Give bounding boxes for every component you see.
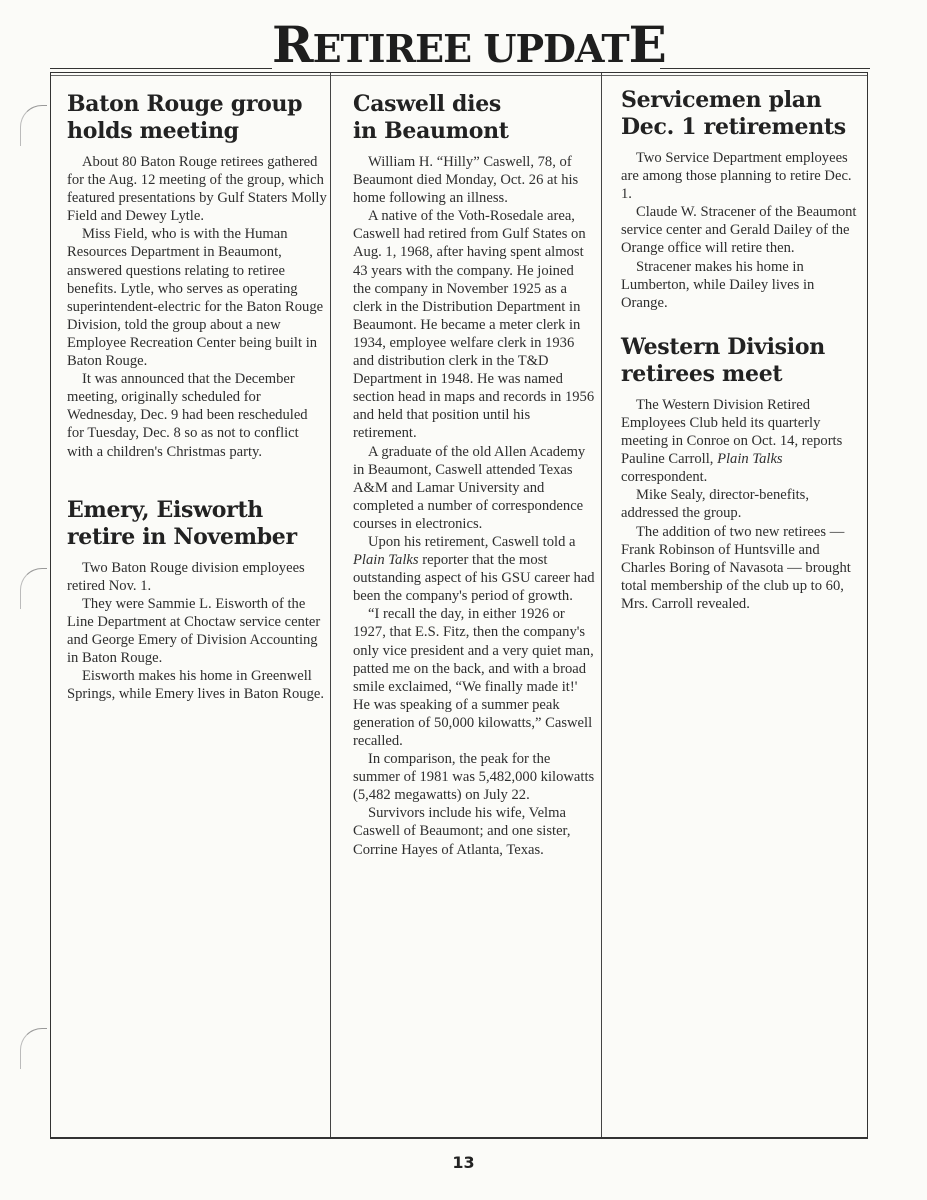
article-body: Two Baton Rouge division employees retir… <box>67 559 327 704</box>
paragraph: A native of the Voth-Rosedale area, Casw… <box>353 207 595 442</box>
paragraph: Eisworth makes his home in Greenwell Spr… <box>67 667 327 703</box>
paragraph: They were Sammie L. Eisworth of the Line… <box>67 595 327 667</box>
binder-hole-middle <box>20 568 47 609</box>
text: correspondent. <box>621 469 707 485</box>
binder-hole-bottom <box>20 1028 47 1069</box>
title-initial: R <box>272 15 313 74</box>
paragraph: Two Service Department employees are amo… <box>621 149 861 203</box>
masthead-rule-left <box>50 68 272 69</box>
headline: Baton Rouge group holds meeting <box>67 91 327 145</box>
page-title: RETIREE UPDATE <box>272 18 666 76</box>
title-final: E <box>629 15 666 74</box>
paragraph: About 80 Baton Rouge retirees gathered f… <box>67 153 327 225</box>
paragraph: Two Baton Rouge division employees retir… <box>67 559 327 595</box>
paragraph: William H. “Hilly” Caswell, 78, of Beaum… <box>353 153 595 207</box>
article-body: About 80 Baton Rouge retirees gathered f… <box>67 153 327 461</box>
article-frame: Baton Rouge group holds meeting About 80… <box>50 72 868 1139</box>
publication-name: Plain Talks <box>353 552 419 568</box>
paragraph: The addition of two new retirees — Frank… <box>621 523 861 613</box>
paragraph: Claude W. Stracener of the Beaumont serv… <box>621 203 861 257</box>
headline: Western Division retirees meet <box>621 334 861 388</box>
paragraph: Stracener makes his home in Lumberton, w… <box>621 258 861 312</box>
title-middle: ETIREE UPDAT <box>313 26 629 71</box>
paragraph: “I recall the day, in either 1926 or 192… <box>353 605 595 750</box>
article-western-division: Western Division retirees meet The Weste… <box>621 334 861 613</box>
article-servicemen-retirements: Servicemen plan Dec. 1 retirements Two S… <box>621 87 861 312</box>
article-body: The Western Division Retired Employees C… <box>621 396 861 613</box>
article-emery-eisworth: Emery, Eisworth retire in November Two B… <box>67 497 327 704</box>
paragraph: A graduate of the old Allen Academy in B… <box>353 443 595 533</box>
paragraph: Upon his retirement, Caswell told a Plai… <box>353 533 595 605</box>
masthead: RETIREE UPDATE <box>0 22 927 72</box>
column-2: Caswell dies in Beaumont William H. “Hil… <box>353 91 595 881</box>
headline: Servicemen plan Dec. 1 retirements <box>621 87 861 141</box>
paragraph: Survivors include his wife, Velma Caswel… <box>353 804 595 858</box>
masthead-rule-right <box>660 68 870 69</box>
article-caswell-obituary: Caswell dies in Beaumont William H. “Hil… <box>353 91 595 859</box>
text: Upon his retirement, Caswell told a <box>368 534 576 550</box>
headline: Emery, Eisworth retire in November <box>67 497 327 551</box>
headline: Caswell dies in Beaumont <box>353 91 523 145</box>
paragraph: The Western Division Retired Employees C… <box>621 396 861 486</box>
column-3: Servicemen plan Dec. 1 retirements Two S… <box>621 87 861 635</box>
column-1: Baton Rouge group holds meeting About 80… <box>67 91 327 725</box>
binder-hole-top <box>20 105 47 146</box>
paragraph: Mike Sealy, director-benefits, addressed… <box>621 486 861 522</box>
paragraph: It was announced that the December meeti… <box>67 370 327 460</box>
article-baton-rouge-meeting: Baton Rouge group holds meeting About 80… <box>67 91 327 461</box>
column-divider-1 <box>330 73 331 1137</box>
publication-name: Plain Talks <box>717 451 783 467</box>
article-body: Two Service Department employees are amo… <box>621 149 861 312</box>
article-body: William H. “Hilly” Caswell, 78, of Beaum… <box>353 153 595 859</box>
paragraph: Miss Field, who is with the Human Resour… <box>67 225 327 370</box>
column-divider-2 <box>601 73 602 1137</box>
page-number: 13 <box>0 1153 927 1172</box>
paragraph: In comparison, the peak for the summer o… <box>353 750 595 804</box>
frame-double-rule <box>51 75 867 76</box>
